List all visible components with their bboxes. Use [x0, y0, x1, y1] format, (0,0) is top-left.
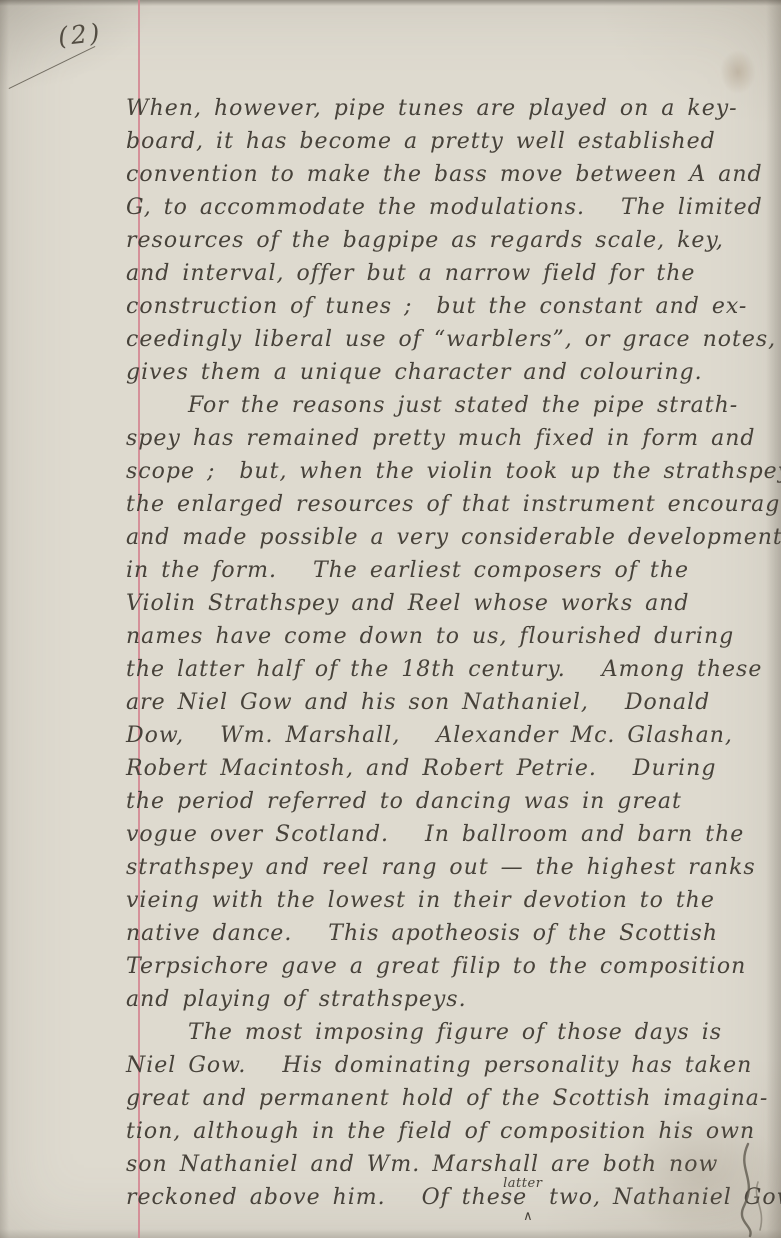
caret-mark: ∧	[523, 1200, 534, 1233]
inserted-word: latter	[503, 1167, 542, 1200]
manuscript-line: are Niel Gow and his son Nathaniel, Dona…	[126, 686, 778, 719]
manuscript-line: Robert Macintosh, and Robert Petrie. Dur…	[126, 752, 778, 785]
manuscript-line: great and permanent hold of the Scottish…	[126, 1082, 778, 1115]
manuscript-line: convention to make the bass move between…	[126, 158, 778, 191]
manuscript-line: the enlarged resources of that instrumen…	[126, 488, 778, 521]
manuscript-text-block: When, however, pipe tunes are played on …	[126, 92, 778, 1214]
caret-insertion: latter∧	[527, 1194, 537, 1204]
manuscript-line: Violin Strathspey and Reel whose works a…	[126, 587, 778, 620]
manuscript-line: spey has remained pretty much fixed in f…	[126, 422, 778, 455]
page-number-label: (2)	[57, 18, 104, 51]
manuscript-line: son Nathaniel and Wm. Marshall are both …	[126, 1148, 778, 1181]
manuscript-line: names have come down to us, flourished d…	[126, 620, 778, 653]
manuscript-line: The most imposing figure of those days i…	[126, 1016, 778, 1049]
manuscript-line: reckoned above him. Of theselatter∧ two,…	[126, 1181, 778, 1214]
manuscript-line: board, it has become a pretty well estab…	[126, 125, 778, 158]
manuscript-line: in the form. The earliest composers of t…	[126, 554, 778, 587]
manuscript-line: For the reasons just stated the pipe str…	[126, 389, 778, 422]
manuscript-page: (2) When, however, pipe tunes are played…	[0, 0, 781, 1238]
manuscript-line: vieing with the lowest in their devotion…	[126, 884, 778, 917]
manuscript-line: G, to accommodate the modulations. The l…	[126, 191, 778, 224]
manuscript-line: Dow, Wm. Marshall, Alexander Mc. Glashan…	[126, 719, 778, 752]
manuscript-line: When, however, pipe tunes are played on …	[126, 92, 778, 125]
pen-flourish-mark	[722, 1142, 778, 1238]
manuscript-line: the latter half of the 18th century. Amo…	[126, 653, 778, 686]
manuscript-line: ceedingly liberal use of “warblers”, or …	[126, 323, 778, 356]
manuscript-line: Niel Gow. His dominating personality has…	[126, 1049, 778, 1082]
manuscript-line: strathspey and reel rang out — the highe…	[126, 851, 778, 884]
line-text: reckoned above him. Of these	[126, 1185, 527, 1210]
manuscript-line: resources of the bagpipe as regards scal…	[126, 224, 778, 257]
manuscript-line: tion, although in the field of compositi…	[126, 1115, 778, 1148]
manuscript-line: vogue over Scotland. In ballroom and bar…	[126, 818, 778, 851]
manuscript-line: construction of tunes ; but the constant…	[126, 290, 778, 323]
page-number-slash-mark	[9, 46, 96, 89]
page-number: (2)	[57, 18, 104, 51]
manuscript-line: scope ; but, when the violin took up the…	[126, 455, 778, 488]
manuscript-line: and made possible a very considerable de…	[126, 521, 778, 554]
manuscript-line: native dance. This apotheosis of the Sco…	[126, 917, 778, 950]
manuscript-line: Terpsichore gave a great filip to the co…	[126, 950, 778, 983]
paper-stain-top-right	[720, 50, 756, 94]
manuscript-line: and playing of strathspeys.	[126, 983, 778, 1016]
manuscript-line: gives them a unique character and colour…	[126, 356, 778, 389]
manuscript-line: and interval, offer but a narrow field f…	[126, 257, 778, 290]
manuscript-line: the period referred to dancing was in gr…	[126, 785, 778, 818]
